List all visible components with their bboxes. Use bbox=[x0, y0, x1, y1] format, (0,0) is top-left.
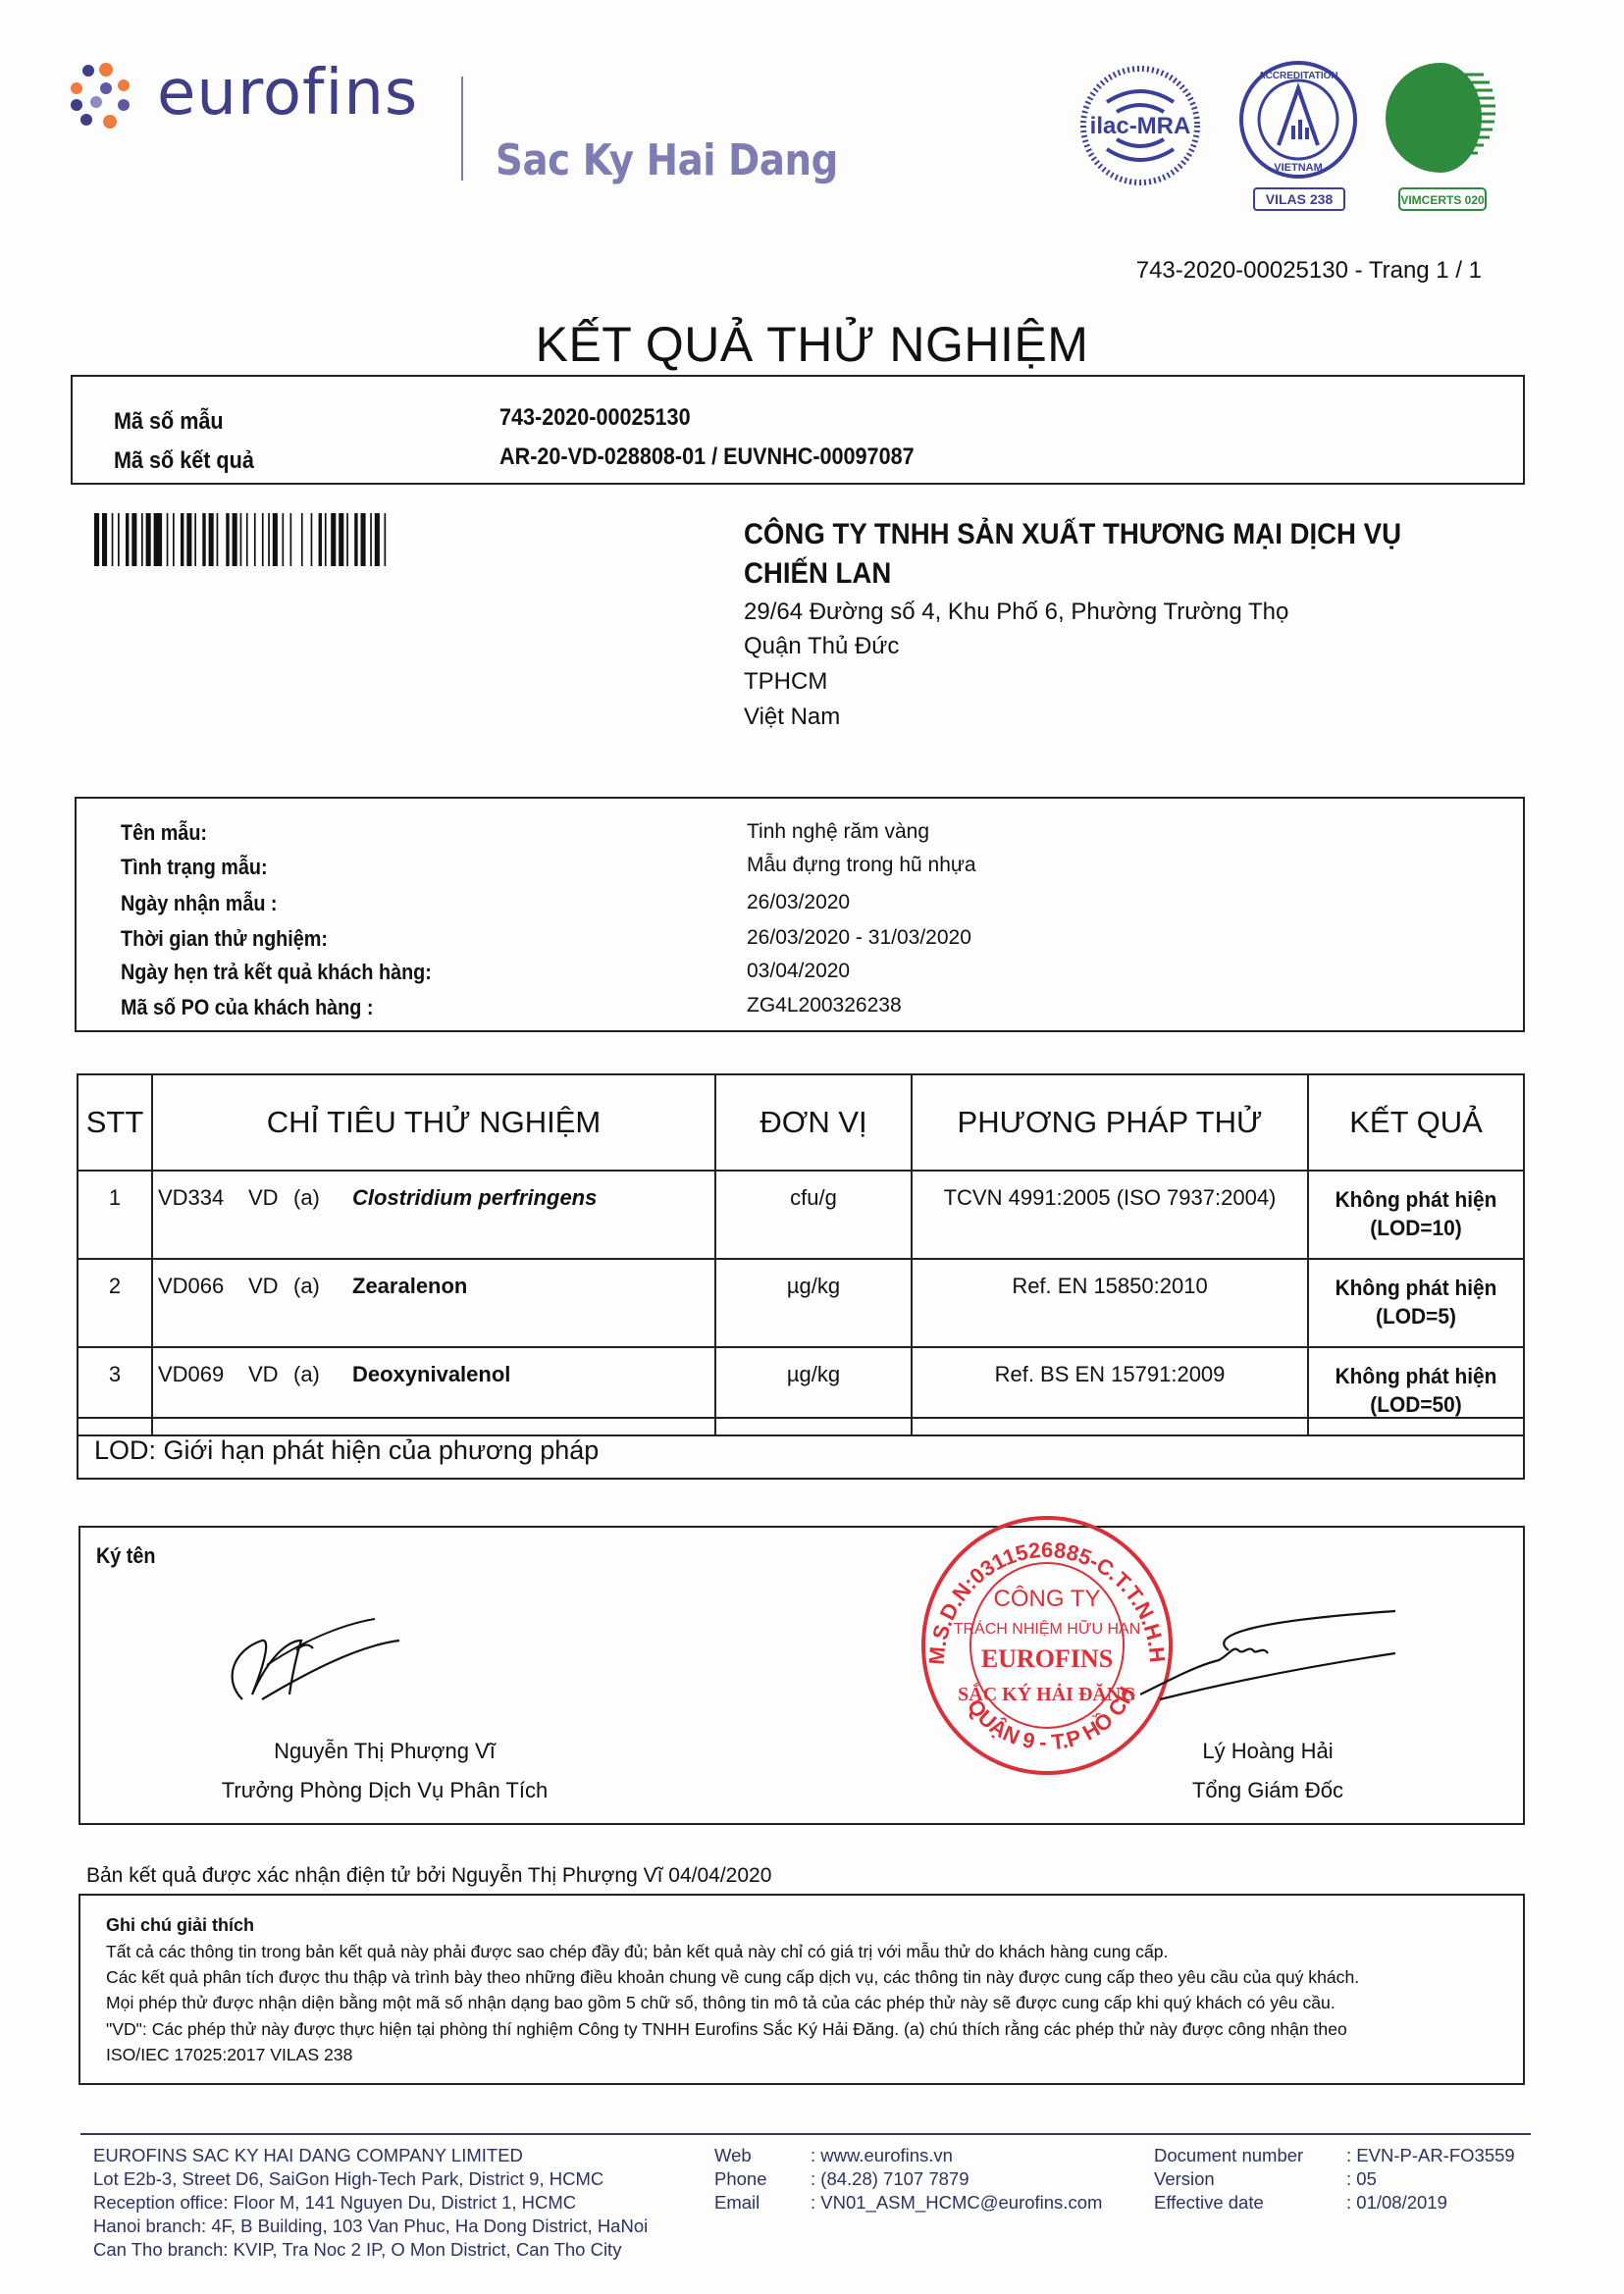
cell-unit: µg/kg bbox=[715, 1259, 912, 1347]
accreditation-mark: (a) bbox=[293, 1274, 352, 1299]
lab-code: VD bbox=[248, 1362, 293, 1387]
result-lod: (LOD=50) bbox=[1315, 1390, 1516, 1419]
col-header-result: KẾT QUẢ bbox=[1308, 1074, 1524, 1171]
signature-box: Ký tên Nguyễn Thị Phượng Vĩ Trưởng Phòng… bbox=[79, 1526, 1525, 1825]
client-address-line: Quận Thủ Đức bbox=[744, 633, 899, 660]
doc-value: : 05 bbox=[1346, 2167, 1515, 2191]
cell-test: VD334VD(a)Clostridium perfringens bbox=[152, 1171, 715, 1259]
footer-company-line: Reception office: Floor M, 141 Nguyen Du… bbox=[93, 2191, 648, 2215]
result-code-value: AR-20-VD-028808-01 / EUVNHC-00097087 bbox=[499, 443, 915, 471]
table-row: 2VD066VD(a)Zearalenonµg/kgRef. EN 15850:… bbox=[78, 1259, 1524, 1347]
svg-text:ilac-MRA: ilac-MRA bbox=[1090, 113, 1191, 139]
info-value: Mẫu đựng trong hũ nhựa bbox=[747, 854, 976, 877]
cell-test: VD066VD(a)Zearalenon bbox=[152, 1259, 715, 1347]
svg-text:VIETNAM: VIETNAM bbox=[1274, 162, 1323, 174]
signer-left-name: Nguyễn Thị Phượng Vĩ bbox=[218, 1739, 551, 1764]
footer-company: EUROFINS SAC KY HAI DANG COMPANY LIMITED… bbox=[93, 2144, 648, 2262]
results-table: STT CHỈ TIÊU THỬ NGHIỆM ĐƠN VỊ PHƯƠNG PH… bbox=[77, 1073, 1525, 1436]
info-value: ZG4L200326238 bbox=[747, 994, 902, 1017]
svg-text:EUROFINS: EUROFINS bbox=[981, 1644, 1113, 1673]
note-line: Các kết quả phân tích được thu thập và t… bbox=[106, 1967, 1359, 1988]
notes-box: Ghi chú giải thích Tất cả các thông tin … bbox=[79, 1894, 1525, 2085]
client-address-line: 29/64 Đường số 4, Khu Phố 6, Phường Trườ… bbox=[744, 599, 1288, 626]
cell-method: Ref. EN 15850:2010 bbox=[912, 1259, 1308, 1347]
result-lod: (LOD=5) bbox=[1315, 1302, 1516, 1330]
test-code: VD334 bbox=[154, 1185, 248, 1211]
footer-contact-labels: Web Phone Email bbox=[714, 2144, 767, 2215]
analyte-name: Deoxynivalenol bbox=[352, 1362, 510, 1386]
ilac-mra-logo-icon: ilac-MRA bbox=[1077, 63, 1203, 188]
accreditation-mark: (a) bbox=[293, 1185, 352, 1211]
test-code: VD066 bbox=[154, 1274, 248, 1299]
info-value: 26/03/2020 bbox=[747, 891, 850, 914]
footer-company-line: Can Tho branch: KVIP, Tra Noc 2 IP, O Mo… bbox=[93, 2238, 648, 2262]
note-line: ISO/IEC 17025:2017 VILAS 238 bbox=[106, 2045, 352, 2065]
cell-unit: cfu/g bbox=[715, 1171, 912, 1259]
footer-company-line: Hanoi branch: 4F, B Building, 103 Van Ph… bbox=[93, 2215, 648, 2238]
phone-value: : (84.28) 7107 7879 bbox=[811, 2167, 1102, 2191]
lod-note-box: LOD: Giới hạn phát hiện của phương pháp bbox=[77, 1417, 1525, 1480]
result-text: Không phát hiện bbox=[1315, 1362, 1516, 1390]
cell-stt: 1 bbox=[78, 1171, 152, 1259]
eurofins-logo-icon bbox=[67, 61, 140, 134]
brand-name: eurofins bbox=[157, 57, 418, 130]
footer-doc-labels: Document number Version Effective date bbox=[1154, 2144, 1303, 2215]
note-line: "VD": Các phép thử này được thực hiện tạ… bbox=[106, 2019, 1347, 2040]
bureau-accreditation-logo-icon: ACCREDITATION VIETNAM VILAS 238 bbox=[1234, 59, 1362, 216]
result-text: Không phát hiện bbox=[1315, 1185, 1516, 1214]
svg-text:CÔNG TY: CÔNG TY bbox=[994, 1585, 1101, 1612]
svg-text:VIMCERTS 020: VIMCERTS 020 bbox=[1400, 193, 1485, 207]
client-name-line2: CHIẾN LAN bbox=[744, 554, 1401, 594]
client-address-line: TPHCM bbox=[744, 668, 827, 696]
info-label: Thời gian thử nghiệm: bbox=[121, 926, 328, 952]
client-address-line: Việt Nam bbox=[744, 704, 840, 731]
page-title: KẾT QUẢ THỬ NGHIỆM bbox=[0, 316, 1624, 373]
info-label: Tình trạng mẫu: bbox=[121, 855, 268, 880]
col-header-unit: ĐƠN VỊ bbox=[715, 1074, 912, 1171]
analyte-name: Zearalenon bbox=[352, 1274, 467, 1298]
page-reference: 743-2020-00025130 - Trang 1 / 1 bbox=[1136, 257, 1482, 285]
analyte-name: Clostridium perfringens bbox=[352, 1185, 597, 1210]
svg-text:ACCREDITATION: ACCREDITATION bbox=[1258, 71, 1337, 81]
signature-right-icon bbox=[1140, 1606, 1395, 1704]
sample-id-box: Mã số mẫu 743-2020-00025130 Mã số kết qu… bbox=[71, 375, 1525, 485]
table-row: 1VD334VD(a)Clostridium perfringenscfu/gT… bbox=[78, 1171, 1524, 1259]
col-header-method: PHƯƠNG PHÁP THỬ bbox=[912, 1074, 1308, 1171]
lab-code: VD bbox=[248, 1185, 293, 1211]
client-name: CÔNG TY TNHH SẢN XUẤT THƯƠNG MẠI DỊCH VỤ… bbox=[744, 515, 1401, 594]
sample-code-value: 743-2020-00025130 bbox=[499, 404, 691, 432]
e-confirmation: Bản kết quả được xác nhận điện tử bởi Ng… bbox=[86, 1864, 771, 1888]
info-label: Mã số PO của khách hàng : bbox=[121, 995, 373, 1020]
svg-text:VILAS 238: VILAS 238 bbox=[1266, 191, 1334, 207]
cell-result: Không phát hiện(LOD=5) bbox=[1314, 1259, 1519, 1347]
info-value: Tinh nghệ răm vàng bbox=[747, 820, 929, 844]
contact-label: Phone bbox=[714, 2167, 767, 2191]
lab-code: VD bbox=[248, 1274, 293, 1299]
doc-value: : 01/08/2019 bbox=[1346, 2191, 1515, 2215]
doc-label: Effective date bbox=[1154, 2191, 1303, 2215]
sample-info-box: Tên mẫu: Tinh nghệ răm vàng Tình trạng m… bbox=[75, 797, 1525, 1032]
lod-note: LOD: Giới hạn phát hiện của phương pháp bbox=[94, 1435, 599, 1466]
sub-brand: Sac Ky Hai Dang bbox=[496, 135, 838, 185]
cell-stt: 2 bbox=[78, 1259, 152, 1347]
contact-label: Web bbox=[714, 2144, 767, 2167]
col-header-test: CHỈ TIÊU THỬ NGHIỆM bbox=[152, 1074, 715, 1171]
footer-company-line: EUROFINS SAC KY HAI DANG COMPANY LIMITED bbox=[93, 2144, 648, 2167]
note-line: Tất cả các thông tin trong bản kết quả n… bbox=[106, 1942, 1168, 1962]
info-label: Ngày hẹn trả kết quả khách hàng: bbox=[121, 960, 432, 985]
doc-label: Document number bbox=[1154, 2144, 1303, 2167]
doc-value: : EVN-P-AR-FO3559 bbox=[1346, 2144, 1515, 2167]
info-value: 26/03/2020 - 31/03/2020 bbox=[747, 926, 971, 950]
accreditation-mark: (a) bbox=[293, 1362, 352, 1387]
sample-code-label: Mã số mẫu bbox=[114, 408, 224, 436]
barcode-icon bbox=[92, 513, 445, 566]
result-text: Không phát hiện bbox=[1315, 1274, 1516, 1302]
signature-heading: Ký tên bbox=[96, 1543, 156, 1569]
contact-label: Email bbox=[714, 2191, 767, 2215]
info-label: Tên mẫu: bbox=[121, 820, 207, 846]
signer-right-title: Tổng Giám Đốc bbox=[1160, 1778, 1376, 1803]
footer-doc-values: : EVN-P-AR-FO3559 : 05 : 01/08/2019 bbox=[1346, 2144, 1515, 2215]
signature-left-icon bbox=[203, 1611, 399, 1709]
info-label: Ngày nhận mẫu : bbox=[121, 891, 278, 916]
svg-text:TRÁCH NHIỆM HỮU HẠN: TRÁCH NHIỆM HỮU HẠN bbox=[954, 1618, 1141, 1638]
email-link[interactable]: : VN01_ASM_HCMC@eurofins.com bbox=[811, 2191, 1102, 2215]
header-divider bbox=[461, 77, 463, 181]
col-header-stt: STT bbox=[78, 1074, 152, 1171]
notes-title: Ghi chú giải thích bbox=[106, 1915, 254, 1936]
note-line: Mọi phép thử được nhận diện bằng một mã … bbox=[106, 1993, 1336, 2013]
cell-result: Không phát hiện(LOD=10) bbox=[1314, 1171, 1519, 1259]
signer-left-title: Trưởng Phòng Dịch Vụ Phân Tích bbox=[179, 1778, 591, 1803]
moi-truong-viet-nam-logo-icon: VIMCERTS 020 bbox=[1376, 57, 1503, 216]
footer-contact-values: : www.eurofins.vn : (84.28) 7107 7879 : … bbox=[811, 2144, 1102, 2215]
doc-label: Version bbox=[1154, 2167, 1303, 2191]
footer-company-line: Lot E2b-3, Street D6, SaiGon High-Tech P… bbox=[93, 2167, 648, 2191]
signer-right-name: Lý Hoàng Hải bbox=[1160, 1739, 1376, 1764]
result-lod: (LOD=10) bbox=[1315, 1214, 1516, 1242]
info-value: 03/04/2020 bbox=[747, 960, 850, 983]
svg-text:SẮC KÝ HẢI ĐĂNG: SẮC KÝ HẢI ĐĂNG bbox=[958, 1682, 1136, 1705]
result-code-label: Mã số kết quả bbox=[114, 447, 254, 475]
cell-method: TCVN 4991:2005 (ISO 7937:2004) bbox=[912, 1171, 1308, 1259]
test-code: VD069 bbox=[154, 1362, 248, 1387]
website-link[interactable]: : www.eurofins.vn bbox=[811, 2144, 1102, 2167]
client-name-line1: CÔNG TY TNHH SẢN XUẤT THƯƠNG MẠI DỊCH VỤ bbox=[744, 515, 1401, 554]
footer-divider bbox=[80, 2133, 1531, 2135]
